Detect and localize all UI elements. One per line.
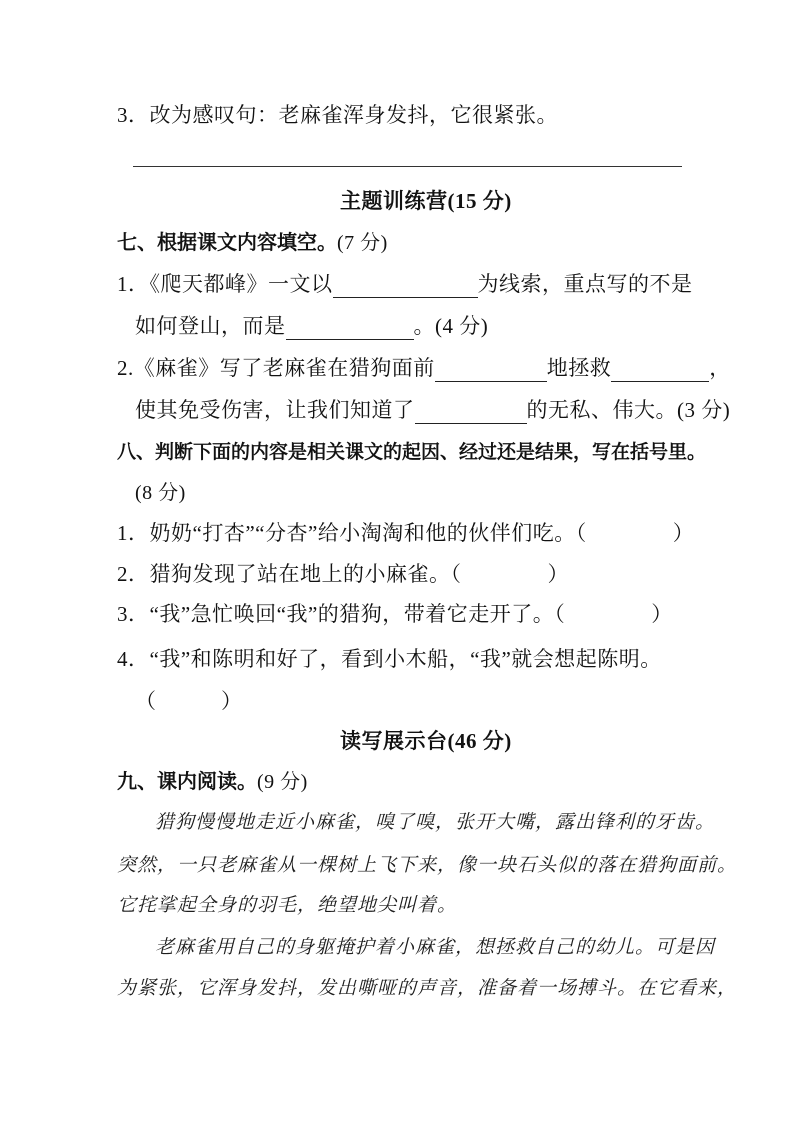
q7-item2-text3: ， bbox=[709, 356, 731, 380]
q7-item1-text3: 如何登山，而是 bbox=[135, 314, 286, 338]
q7-item2-text2: 地拯救 bbox=[547, 356, 612, 380]
section-7-score: (7 分) bbox=[337, 232, 388, 254]
section-9-title: 九、课内阅读。 bbox=[117, 771, 257, 793]
q8-item2: 2．猎狗发现了站在地上的小麻雀。（ ） bbox=[117, 560, 569, 588]
passage-line-4: 老麻雀用自己的身躯掩护着小麻雀，想拯救自己的幼儿。可是因 bbox=[155, 934, 715, 962]
q8-item1: 1．奶奶“打杏”“分杏”给小淘淘和他的伙伴们吃。（ ） bbox=[117, 519, 694, 547]
q7-item2-text5: 的无私、伟大。(3 分) bbox=[527, 398, 731, 422]
section-8-title: 八、判断下面的内容是相关课文的起因、经过还是结果，写在括号里。 bbox=[117, 442, 706, 463]
answer-blank bbox=[333, 277, 478, 298]
passage-line-3: 它挓挲起全身的羽毛，绝望地尖叫着。 bbox=[117, 892, 457, 920]
q7-item1-text2: 为线索，重点写的不是 bbox=[478, 272, 693, 296]
answer-blank bbox=[435, 361, 547, 382]
q8-item4-line1: 4．“我”和陈明和好了，看到小木船，“我”就会想起陈明。 bbox=[117, 645, 662, 673]
section-9-score: (9 分) bbox=[257, 771, 308, 793]
section-banner-reading-writing: 读写展示台(46 分) bbox=[340, 727, 512, 755]
q7-item2-line2: 使其免受伤害，让我们知道了的无私、伟大。(3 分) bbox=[135, 396, 730, 424]
exam-page: 3．改为感叹句：老麻雀浑身发抖，它很紧张。 主题训练营(15 分) 七、根据课文… bbox=[0, 0, 793, 1122]
question-3-exclamatory-sentence: 3．改为感叹句：老麻雀浑身发抖，它很紧张。 bbox=[117, 101, 558, 129]
passage-line-2: 突然，一只老麻雀从一棵树上飞下来，像一块石头似的落在猎狗面前。 bbox=[117, 852, 737, 880]
q8-item3: 3．“我”急忙唤回“我”的猎狗，带着它走开了。（ ） bbox=[117, 600, 673, 628]
q8-item4-line2-brackets: （ ） bbox=[135, 687, 243, 715]
answer-blank bbox=[611, 361, 709, 382]
answer-blank bbox=[286, 319, 414, 340]
q7-item1-line2: 如何登山，而是。(4 分) bbox=[135, 312, 488, 340]
section-banner-theme-training: 主题训练营(15 分) bbox=[340, 187, 512, 215]
section-8-score: (8 分) bbox=[135, 479, 186, 507]
answer-blank bbox=[415, 403, 527, 424]
q7-item1-line1: 1．《爬天都峰》一文以为线索，重点写的不是 bbox=[117, 270, 693, 298]
q7-item2-line1: 2.《麻雀》写了老麻雀在猎狗面前地拯救， bbox=[117, 354, 731, 382]
q7-item2-text1: 2.《麻雀》写了老麻雀在猎狗面前 bbox=[117, 356, 435, 380]
section-8-heading: 八、判断下面的内容是相关课文的起因、经过还是结果，写在括号里。 bbox=[117, 437, 706, 467]
section-7-heading: 七、根据课文内容填空。(7 分) bbox=[117, 228, 388, 257]
answer-line bbox=[133, 166, 682, 167]
passage-line-1: 猎狗慢慢地走近小麻雀，嗅了嗅，张开大嘴，露出锋利的牙齿。 bbox=[155, 809, 715, 837]
passage-line-5: 为紧张，它浑身发抖，发出嘶哑的声音，准备着一场搏斗。在它看来， bbox=[117, 975, 737, 1003]
q7-item2-text4: 使其免受伤害，让我们知道了 bbox=[135, 398, 415, 422]
q7-item1-text1: 1．《爬天都峰》一文以 bbox=[117, 272, 333, 296]
section-9-heading: 九、课内阅读。(9 分) bbox=[117, 767, 308, 796]
q7-item1-text4: 。(4 分) bbox=[414, 314, 489, 338]
section-7-title: 七、根据课文内容填空。 bbox=[117, 232, 337, 254]
